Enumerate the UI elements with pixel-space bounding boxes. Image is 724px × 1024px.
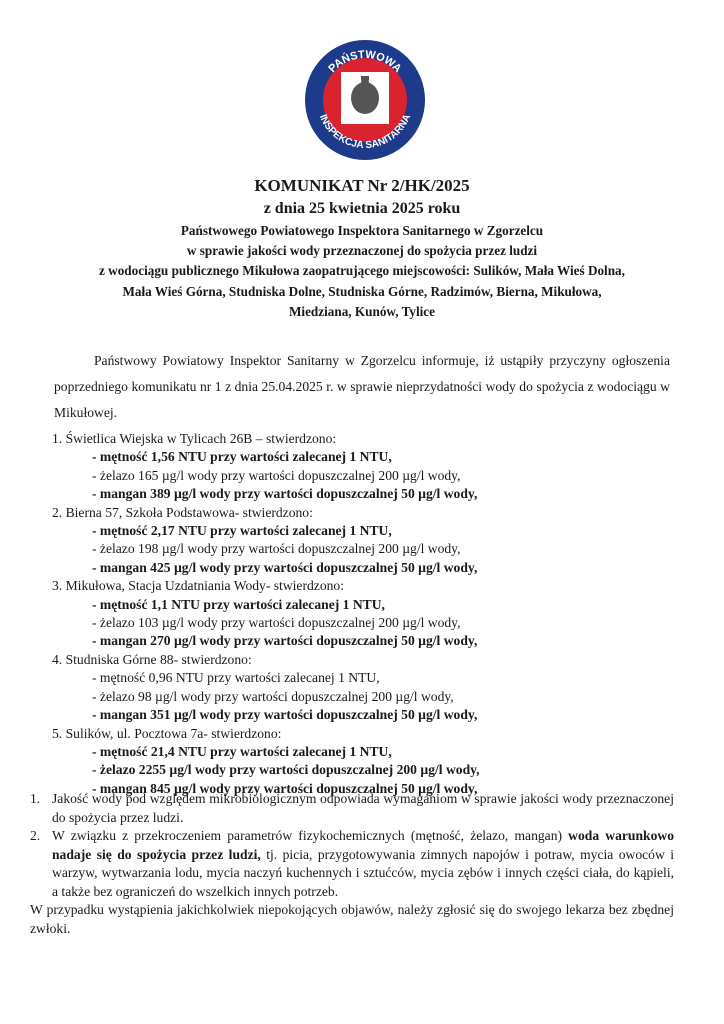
measurement-turbidity: - mętność 0,96 NTU przy wartości zalecan…: [52, 669, 652, 687]
subject-line: Państwowego Powiatowego Inspektora Sanit…: [0, 221, 724, 241]
subject-line: Mała Wieś Górna, Studniska Dolne, Studni…: [0, 282, 724, 302]
site-label: 1. Świetlica Wiejska w Tylicach 26B – st…: [52, 430, 652, 448]
finding-site: 5. Sulików, ul. Pocztowa 7a- stwierdzono…: [52, 725, 652, 799]
final-advice: W przypadku wystąpienia jakichkolwiek ni…: [30, 901, 674, 938]
measurement-turbidity: - mętność 1,56 NTU przy wartości zalecan…: [52, 448, 652, 466]
findings-list: 1. Świetlica Wiejska w Tylicach 26B – st…: [52, 430, 652, 798]
intro-text: Państwowy Powiatowy Inspektor Sanitarny …: [54, 353, 670, 420]
notes-section: 1. Jakość wody pod względem mikrobiologi…: [30, 790, 674, 938]
site-label: 3. Mikułowa, Stacja Uzdatniania Wody- st…: [52, 577, 652, 595]
note-number: 2.: [30, 827, 40, 846]
subject-line: z wodociągu publicznego Mikułowa zaopatr…: [0, 261, 724, 281]
document-date: z dnia 25 kwietnia 2025 roku: [0, 200, 724, 218]
finding-site: 2. Bierna 57, Szkoła Podstawowa- stwierd…: [52, 504, 652, 578]
finding-site: 1. Świetlica Wiejska w Tylicach 26B – st…: [52, 430, 652, 504]
note-item: 2. W związku z przekroczeniem parametrów…: [30, 827, 674, 901]
site-label: 4. Studniska Górne 88- stwierdzono:: [52, 651, 652, 669]
note-item: 1. Jakość wody pod względem mikrobiologi…: [30, 790, 674, 827]
measurement-iron: - żelazo 165 µg/l wody przy wartości dop…: [52, 467, 652, 485]
measurement-iron: - żelazo 2255 µg/l wody przy wartości do…: [52, 761, 652, 779]
document-title: KOMUNIKAT Nr 2/HK/2025: [0, 176, 724, 196]
pis-logo: PAŃSTWOWA INSPEKCJA SANITARNA: [303, 38, 427, 162]
measurement-iron: - żelazo 98 µg/l wody przy wartości dopu…: [52, 688, 652, 706]
measurement-manganese: - mangan 425 µg/l wody przy wartości dop…: [52, 559, 652, 577]
measurement-iron: - żelazo 198 µg/l wody przy wartości dop…: [52, 540, 652, 558]
measurement-manganese: - mangan 270 µg/l wody przy wartości dop…: [52, 632, 652, 650]
intro-paragraph: Państwowy Powiatowy Inspektor Sanitarny …: [54, 348, 670, 426]
measurement-turbidity: - mętność 2,17 NTU przy wartości zalecan…: [52, 522, 652, 540]
note-text: W związku z przekroczeniem parametrów fi…: [52, 828, 568, 843]
subject-line: w sprawie jakości wody przeznaczonej do …: [0, 241, 724, 261]
finding-site: 3. Mikułowa, Stacja Uzdatniania Wody- st…: [52, 577, 652, 651]
measurement-iron: - żelazo 103 µg/l wody przy wartości dop…: [52, 614, 652, 632]
measurement-turbidity: - mętność 1,1 NTU przy wartości zalecane…: [52, 596, 652, 614]
finding-site: 4. Studniska Górne 88- stwierdzono: - mę…: [52, 651, 652, 725]
site-label: 2. Bierna 57, Szkoła Podstawowa- stwierd…: [52, 504, 652, 522]
document-subject: Państwowego Powiatowego Inspektora Sanit…: [0, 221, 724, 322]
subject-line: Miedziana, Kunów, Tylice: [0, 302, 724, 322]
note-text: Jakość wody pod względem mikrobiologiczn…: [52, 791, 674, 825]
note-number: 1.: [30, 790, 40, 809]
measurement-manganese: - mangan 389 µg/l wody przy wartości dop…: [52, 485, 652, 503]
site-label: 5. Sulików, ul. Pocztowa 7a- stwierdzono…: [52, 725, 652, 743]
measurement-turbidity: - mętność 21,4 NTU przy wartości zalecan…: [52, 743, 652, 761]
measurement-manganese: - mangan 351 µg/l wody przy wartości dop…: [52, 706, 652, 724]
